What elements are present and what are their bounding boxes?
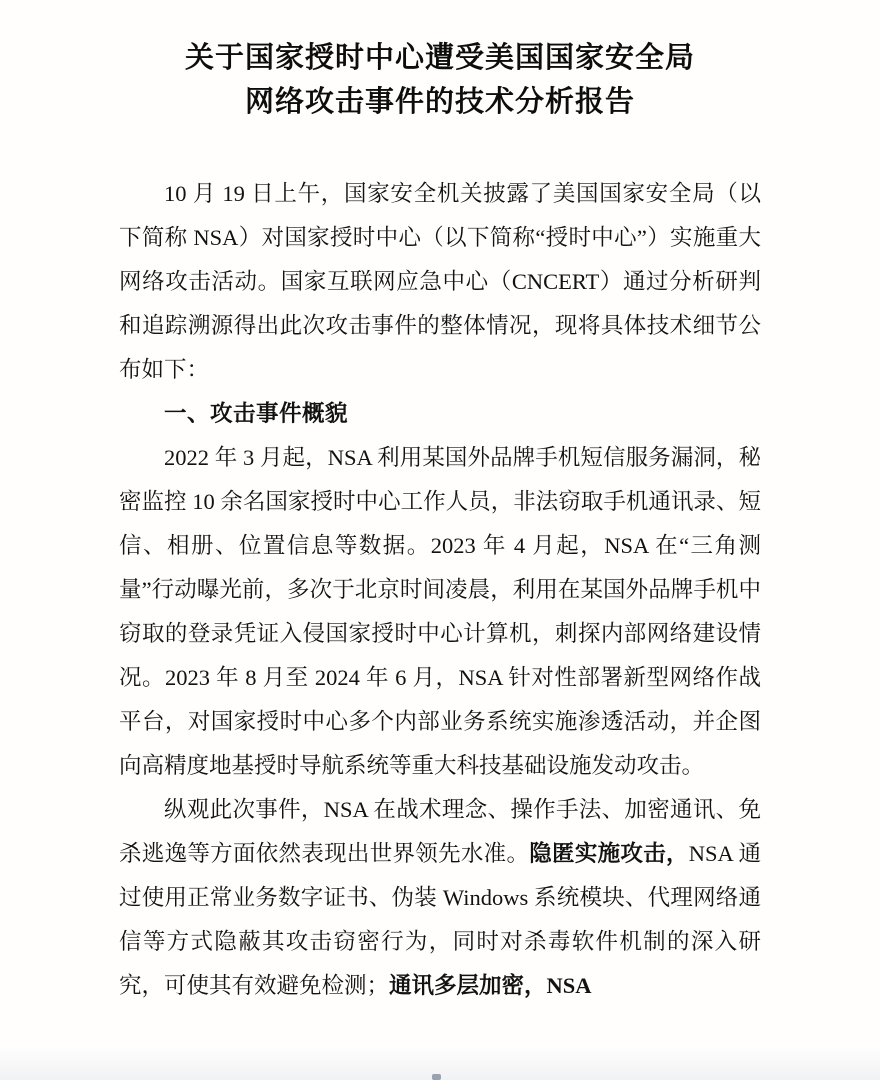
text-run: 10 月 19 日上午，国家安全机关披露了美国国家安全局（以下简称 NSA）对国… [119, 181, 761, 382]
paragraph: 2022 年 3 月起，NSA 利用某国外品牌手机短信服务漏洞，秘密监控 10 … [119, 436, 761, 788]
bold-emphasis-text: 一、攻击事件概貌 [164, 401, 348, 426]
document-content: 关于国家授时中心遭受美国国家安全局 网络攻击事件的技术分析报告 10 月 19 … [119, 0, 761, 1008]
page-edge-marker-icon [432, 1074, 441, 1080]
bold-emphasis-text: 隐匿实施攻击， [529, 841, 689, 866]
text-run: NSA [547, 973, 592, 998]
section-heading: 一、攻击事件概貌 [119, 392, 761, 436]
document-body: 10 月 19 日上午，国家安全机关披露了美国国家安全局（以下简称 NSA）对国… [119, 172, 761, 1008]
document-title-line-1: 关于国家授时中心遭受美国国家安全局 [119, 36, 761, 80]
text-run: 2022 年 3 月起，NSA 利用某国外品牌手机短信服务漏洞，秘密监控 10 … [119, 445, 761, 778]
document-title-line-2: 网络攻击事件的技术分析报告 [119, 80, 761, 124]
bold-emphasis-text: 通讯多层加密， [389, 973, 547, 998]
paragraph: 纵观此次事件，NSA 在战术理念、操作手法、加密通讯、免杀逃逸等方面依然表现出世… [119, 788, 761, 1008]
paragraph: 10 月 19 日上午，国家安全机关披露了美国国家安全局（以下简称 NSA）对国… [119, 172, 761, 392]
document-title: 关于国家授时中心遭受美国国家安全局 网络攻击事件的技术分析报告 [119, 0, 761, 124]
document-page: 关于国家授时中心遭受美国国家安全局 网络攻击事件的技术分析报告 10 月 19 … [0, 0, 880, 1080]
